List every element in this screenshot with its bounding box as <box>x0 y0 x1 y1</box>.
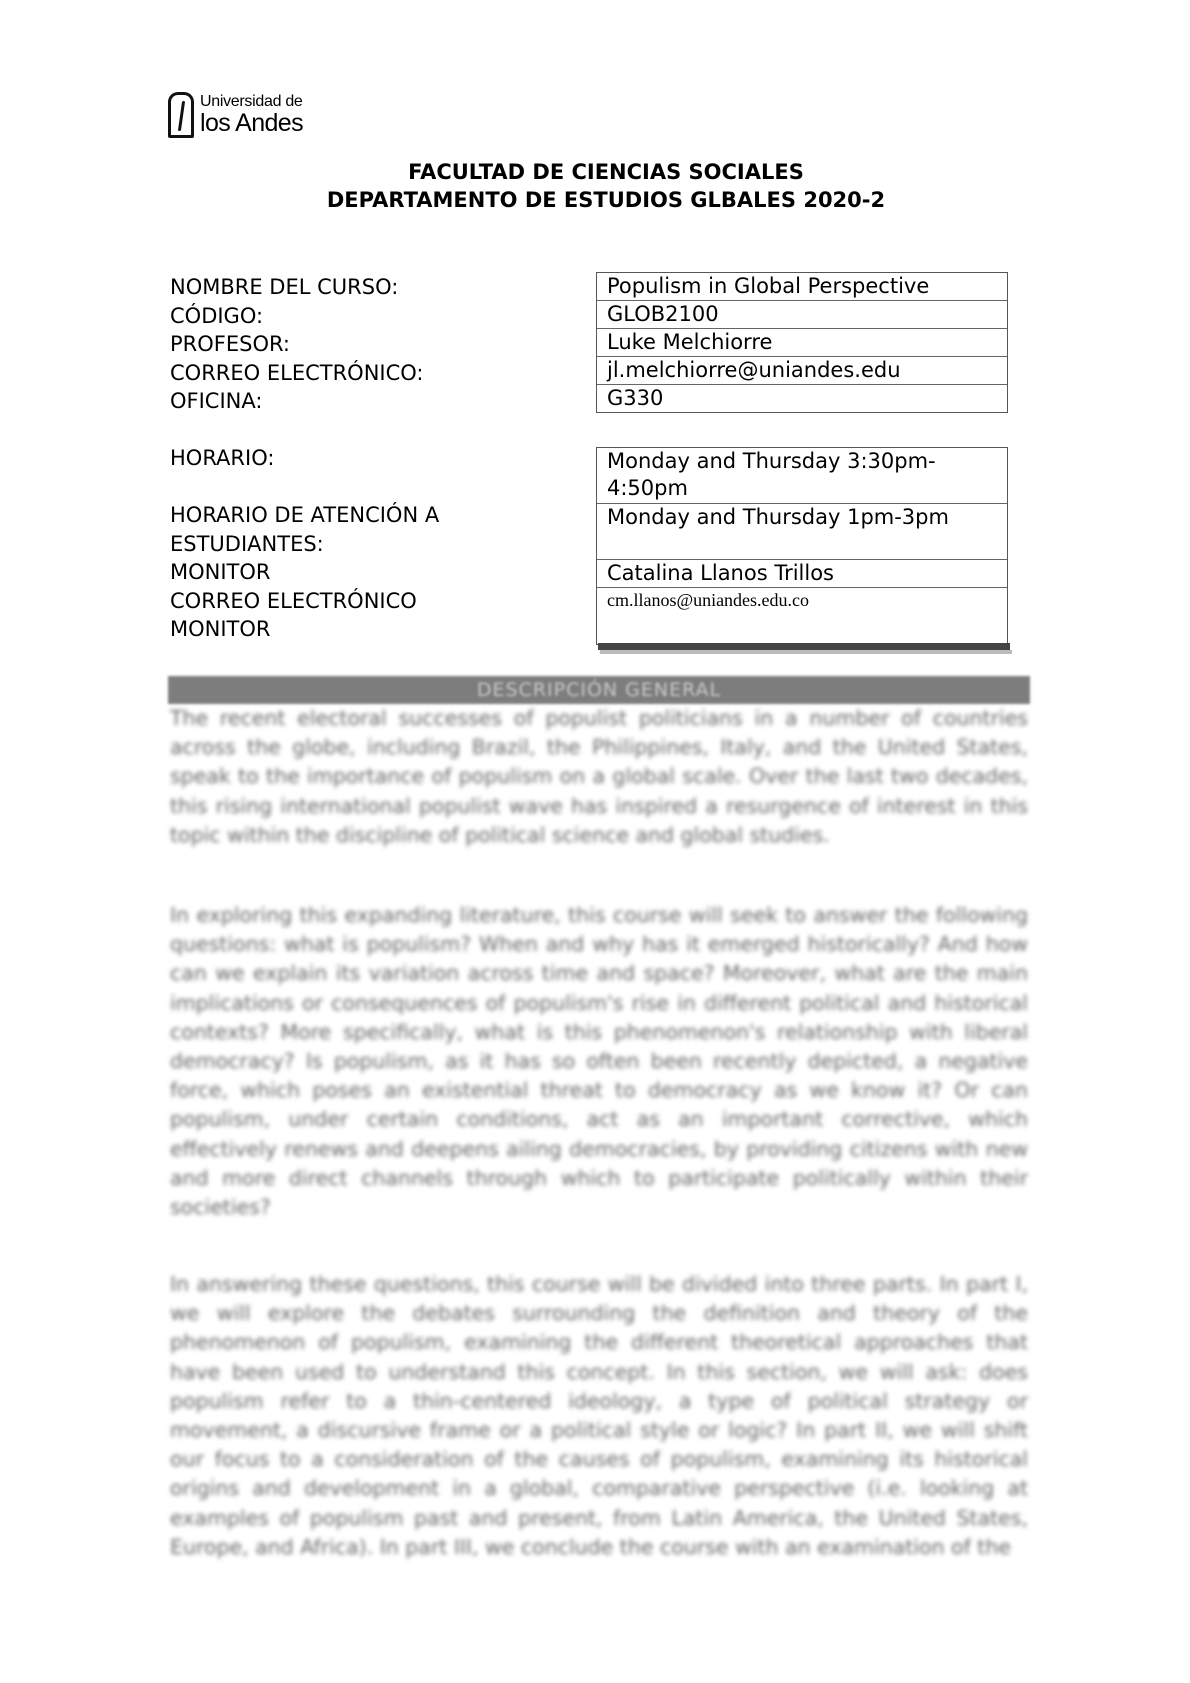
value-email: jl.melchiorre@uniandes.edu <box>597 357 1007 385</box>
document-heading: FACULTAD DE CIENCIAS SOCIALES DEPARTAMEN… <box>0 158 1190 214</box>
university-logo: Universidad de los Andes <box>168 92 303 138</box>
label-monitor-email-1: CORREO ELECTRÓNICO <box>170 587 540 616</box>
value-professor: Luke Melchiorre <box>597 329 1007 357</box>
schedule-table: Monday and Thursday 3:30pm-4:50pm Monday… <box>596 447 1008 645</box>
logo-line1: Universidad de <box>200 94 303 110</box>
value-office: G330 <box>597 385 1007 412</box>
table-shadow-light <box>600 650 1012 654</box>
label-office: OFICINA: <box>170 387 540 416</box>
course-info-table: Populism in Global Perspective GLOB2100 … <box>596 272 1008 413</box>
value-schedule: Monday and Thursday 3:30pm-4:50pm <box>597 448 1007 504</box>
course-info-labels: NOMBRE DEL CURSO: CÓDIGO: PROFESOR: CORR… <box>170 273 540 644</box>
table-shadow <box>598 643 1010 650</box>
description-paragraph: In answering these questions, this cours… <box>170 1270 1028 1562</box>
label-office-hours-1: HORARIO DE ATENCIÓN A <box>170 501 540 530</box>
label-email: CORREO ELECTRÓNICO: <box>170 359 540 388</box>
value-monitor-email: cm.llanos@uniandes.edu.co <box>597 588 1007 644</box>
section-title-description: DESCRIPCIÓN GENERAL <box>168 676 1030 704</box>
faculty-title: FACULTAD DE CIENCIAS SOCIALES <box>22 158 1190 186</box>
label-course-name: NOMBRE DEL CURSO: <box>170 273 540 302</box>
department-title: DEPARTAMENTO DE ESTUDIOS GLBALES 2020-2 <box>22 186 1190 214</box>
label-office-hours-2: ESTUDIANTES: <box>170 530 540 559</box>
label-professor: PROFESOR: <box>170 330 540 359</box>
label-monitor-email-2: MONITOR <box>170 615 540 644</box>
label-schedule: HORARIO: <box>170 444 540 473</box>
logo-line2: los Andes <box>200 111 303 136</box>
logo-icon <box>168 92 194 138</box>
description-paragraph: In exploring this expanding literature, … <box>170 901 1028 1222</box>
label-monitor: MONITOR <box>170 558 540 587</box>
value-office-hours: Monday and Thursday 1pm-3pm <box>597 504 1007 560</box>
value-monitor: Catalina Llanos Trillos <box>597 560 1007 588</box>
description-paragraph: The recent electoral successes of populi… <box>170 704 1028 850</box>
label-code: CÓDIGO: <box>170 302 540 331</box>
value-course-name: Populism in Global Perspective <box>597 273 1007 301</box>
value-code: GLOB2100 <box>597 301 1007 329</box>
